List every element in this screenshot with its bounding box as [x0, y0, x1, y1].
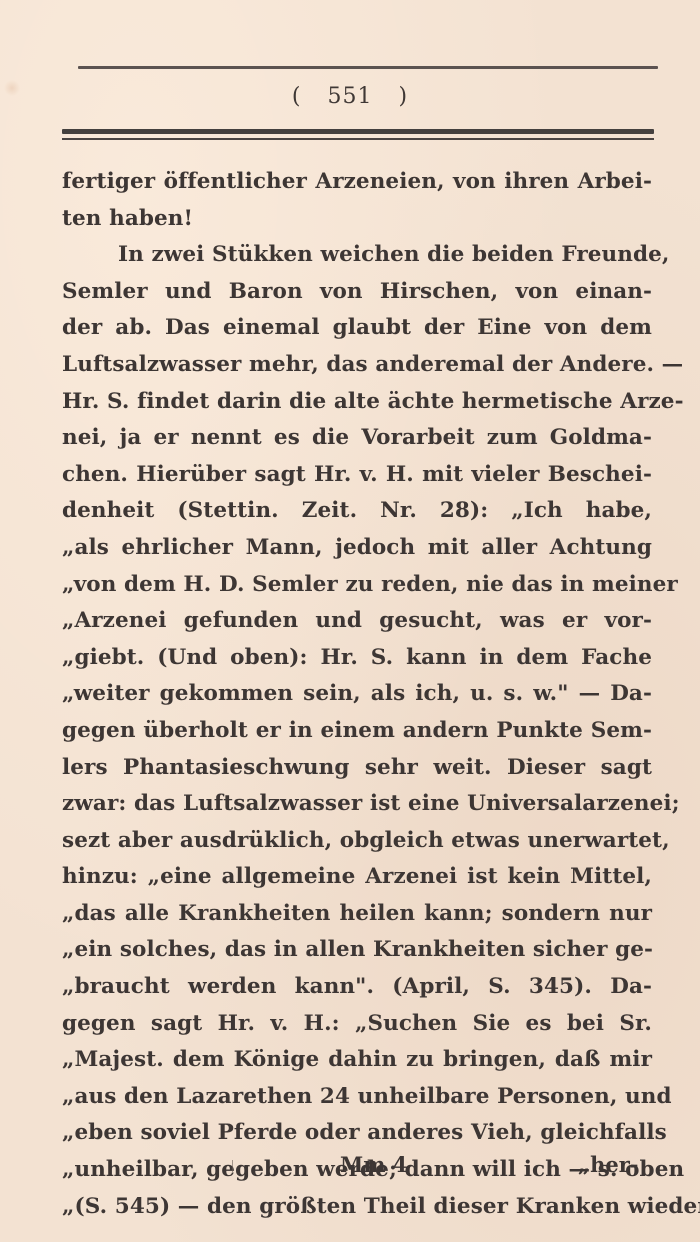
page-number: 551 [328, 84, 373, 109]
text-line: Luftsalzwasser mehr, das anderemal der A… [62, 347, 652, 384]
text-line: der ab. Das einemal glaubt der Eine von … [62, 310, 652, 347]
text-line: denheit (Stettin. Zeit. Nr. 28): „Ich ha… [62, 493, 652, 530]
text-line: chen. Hierüber sagt Hr. v. H. mit vieler… [62, 457, 652, 494]
text-line: „braucht werden kann". (April, S. 345). … [62, 969, 652, 1006]
text-line: sezt aber ausdrüklich, obgleich etwas un… [62, 823, 652, 860]
text-line: „von dem H. D. Semler zu reden, nie das … [62, 567, 652, 604]
text-line: ten haben! [62, 201, 652, 238]
paragraph-first-line: In zwei Stükken weichen die beiden Freun… [62, 237, 652, 274]
text-line: zwar: das Luftsalzwasser ist eine Univer… [62, 786, 652, 823]
text-line: lers Phantasieschwung sehr weit. Dieser … [62, 750, 652, 787]
page-footer: Mm 4 „her- [0, 1152, 700, 1188]
text-line: „Majest. dem Könige dahin zu bringen, da… [62, 1042, 652, 1079]
book-page: (551) fertiger öffentlicher Arzeneien, v… [0, 0, 700, 1242]
text-line: gegen sagt Hr. v. H.: „Suchen Sie es bei… [62, 1006, 652, 1043]
page-header: (551) [0, 84, 700, 109]
text-line: „Arzenei gefunden und gesucht, was er vo… [62, 603, 652, 640]
header-double-rule-thick [62, 129, 654, 134]
text-line: fertiger öffentlicher Arzeneien, von ihr… [62, 164, 652, 201]
body-text: fertiger öffentlicher Arzeneien, von ihr… [62, 164, 652, 1225]
text-line: „das alle Krankheiten heilen kann; sonde… [62, 896, 652, 933]
text-line: „giebt. (Und oben): Hr. S. kann in dem F… [62, 640, 652, 677]
catchword: „her- [578, 1152, 639, 1177]
header-left-paren: ( [292, 84, 302, 109]
text-line: Hr. S. findet darin die alte ächte herme… [62, 384, 652, 421]
text-line: nei, ja er nennt es die Vorarbeit zum Go… [62, 420, 652, 457]
header-top-rule [78, 66, 658, 69]
text-line: „aus den Lazarethen 24 unheilbare Person… [62, 1079, 652, 1116]
text-line: gegen überholt er in einem andern Punkte… [62, 713, 652, 750]
text-line: „ein solches, das in allen Krankheiten s… [62, 932, 652, 969]
header-right-paren: ) [399, 84, 409, 109]
text-line: „weiter gekommen sein, als ich, u. s. w.… [62, 676, 652, 713]
text-line: „eben soviel Pferde oder anderes Vieh, g… [62, 1115, 652, 1152]
text-line: „(S. 545) — den größten Theil dieser Kra… [62, 1189, 652, 1226]
header-double-rule-thin [62, 138, 654, 140]
text-line: hinzu: „eine allgemeine Arzenei ist kein… [62, 859, 652, 896]
text-line: Semler und Baron von Hirschen, von einan… [62, 274, 652, 311]
text-line: „als ehrlicher Mann, jedoch mit aller Ac… [62, 530, 652, 567]
signature-mark: Mm 4 [340, 1152, 407, 1177]
